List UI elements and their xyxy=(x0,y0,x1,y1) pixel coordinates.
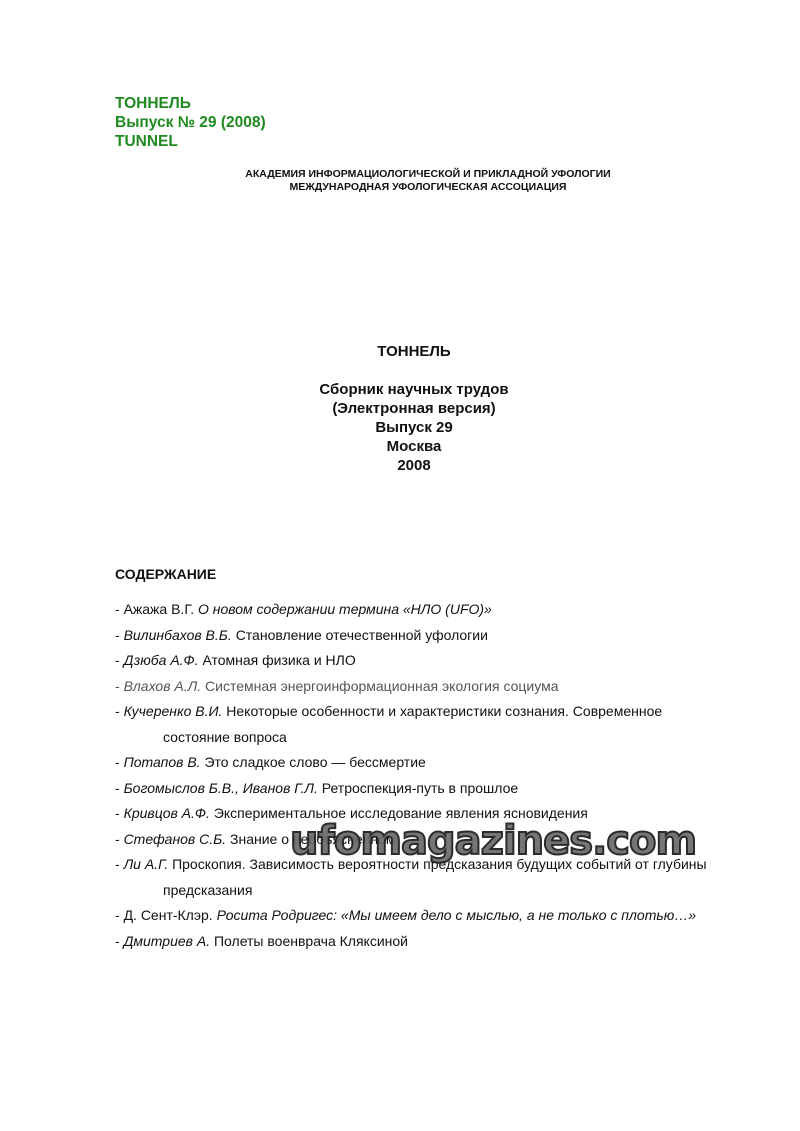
table-of-contents: - Ажажа В.Г. О новом содержании термина … xyxy=(115,597,765,954)
toc-title: Системная энергоинформационная экология … xyxy=(205,678,558,694)
city: Москва xyxy=(0,437,800,456)
toc-item[interactable]: - Дзюба А.Ф. Атомная физика и НЛО xyxy=(115,648,765,674)
toc-item[interactable]: - Влахов А.Л. Системная энергоинформацио… xyxy=(115,674,765,700)
toc-author: Дзюба А.Ф. xyxy=(124,652,199,668)
title-block: ТОННЕЛЬ Сборник научных трудов (Электрон… xyxy=(0,342,800,475)
toc-author: Богомыслов Б.В., Иванов Г.Л. xyxy=(124,780,318,796)
toc-item[interactable]: - Дмитриев А. Полеты военврача Кляксиной xyxy=(115,929,765,955)
toc-author: Ажажа В.Г. xyxy=(124,601,195,617)
toc-item[interactable]: - Вилинбахов В.Б. Становление отечествен… xyxy=(115,623,765,649)
subtitle: Сборник научных трудов xyxy=(0,380,800,399)
toc-author: Потапов В. xyxy=(124,754,201,770)
toc-heading: СОДЕРЖАНИЕ xyxy=(115,566,216,582)
toc-item[interactable]: - Кучеренко В.И. Некоторые особенности и… xyxy=(115,699,765,750)
toc-item[interactable]: - Богомыслов Б.В., Иванов Г.Л. Ретроспек… xyxy=(115,776,765,802)
organizations: АКАДЕМИЯ ИНФОРМАЦИОЛОГИЧЕСКОЙ И ПРИКЛАДН… xyxy=(0,168,800,194)
toc-title: Ретроспекция-путь в прошлое xyxy=(322,780,518,796)
toc-author: Д. Сент-Клэр. xyxy=(124,907,213,923)
toc-author: Вилинбахов В.Б. xyxy=(124,627,232,643)
toc-title: Росита Родригес: «Мы имеем дело с мыслью… xyxy=(217,907,696,923)
toc-author: Влахов А.Л. xyxy=(124,678,202,694)
toc-author: Ли А.Г. xyxy=(124,856,169,872)
issue: Выпуск 29 xyxy=(0,418,800,437)
toc-title-continuation: состояние вопроса xyxy=(115,725,765,751)
toc-title-continuation: предсказания xyxy=(115,878,765,904)
organization-association: МЕЖДУНАРОДНАЯ УФОЛОГИЧЕСКАЯ АССОЦИАЦИЯ xyxy=(0,181,800,194)
toc-title: Полеты военврача Кляксиной xyxy=(214,933,408,949)
toc-title: Атомная физика и НЛО xyxy=(202,652,355,668)
toc-title: Становление отечественной уфологии xyxy=(236,627,488,643)
toc-author: Кучеренко В.И. xyxy=(124,703,223,719)
toc-author: Кривцов А.Ф. xyxy=(124,805,210,821)
toc-author: Дмитриев А. xyxy=(124,933,211,949)
toc-item[interactable]: - Д. Сент-Клэр. Росита Родригес: «Мы име… xyxy=(115,903,765,929)
toc-title: Некоторые особенности и характеристики с… xyxy=(226,703,662,719)
year: 2008 xyxy=(0,456,800,475)
header-issue: Выпуск № 29 (2008) xyxy=(115,113,266,132)
watermark: ufomagazines.com xyxy=(290,818,696,864)
toc-item[interactable]: - Потапов В. Это сладкое слово — бессмер… xyxy=(115,750,765,776)
toc-item[interactable]: - Ажажа В.Г. О новом содержании термина … xyxy=(115,597,765,623)
header-title: ТОННЕЛЬ xyxy=(115,94,266,113)
organization-academy: АКАДЕМИЯ ИНФОРМАЦИОЛОГИЧЕСКОЙ И ПРИКЛАДН… xyxy=(0,168,800,181)
toc-title: Это сладкое слово — бессмертие xyxy=(204,754,425,770)
main-title: ТОННЕЛЬ xyxy=(0,342,800,361)
toc-author: Стефанов С.Б. xyxy=(124,831,227,847)
toc-title: О новом содержании термина «НЛО (UFO)» xyxy=(198,601,492,617)
header-latin-title: TUNNEL xyxy=(115,132,266,151)
journal-header: ТОННЕЛЬ Выпуск № 29 (2008) TUNNEL xyxy=(115,94,266,151)
edition: (Электронная версия) xyxy=(0,399,800,418)
